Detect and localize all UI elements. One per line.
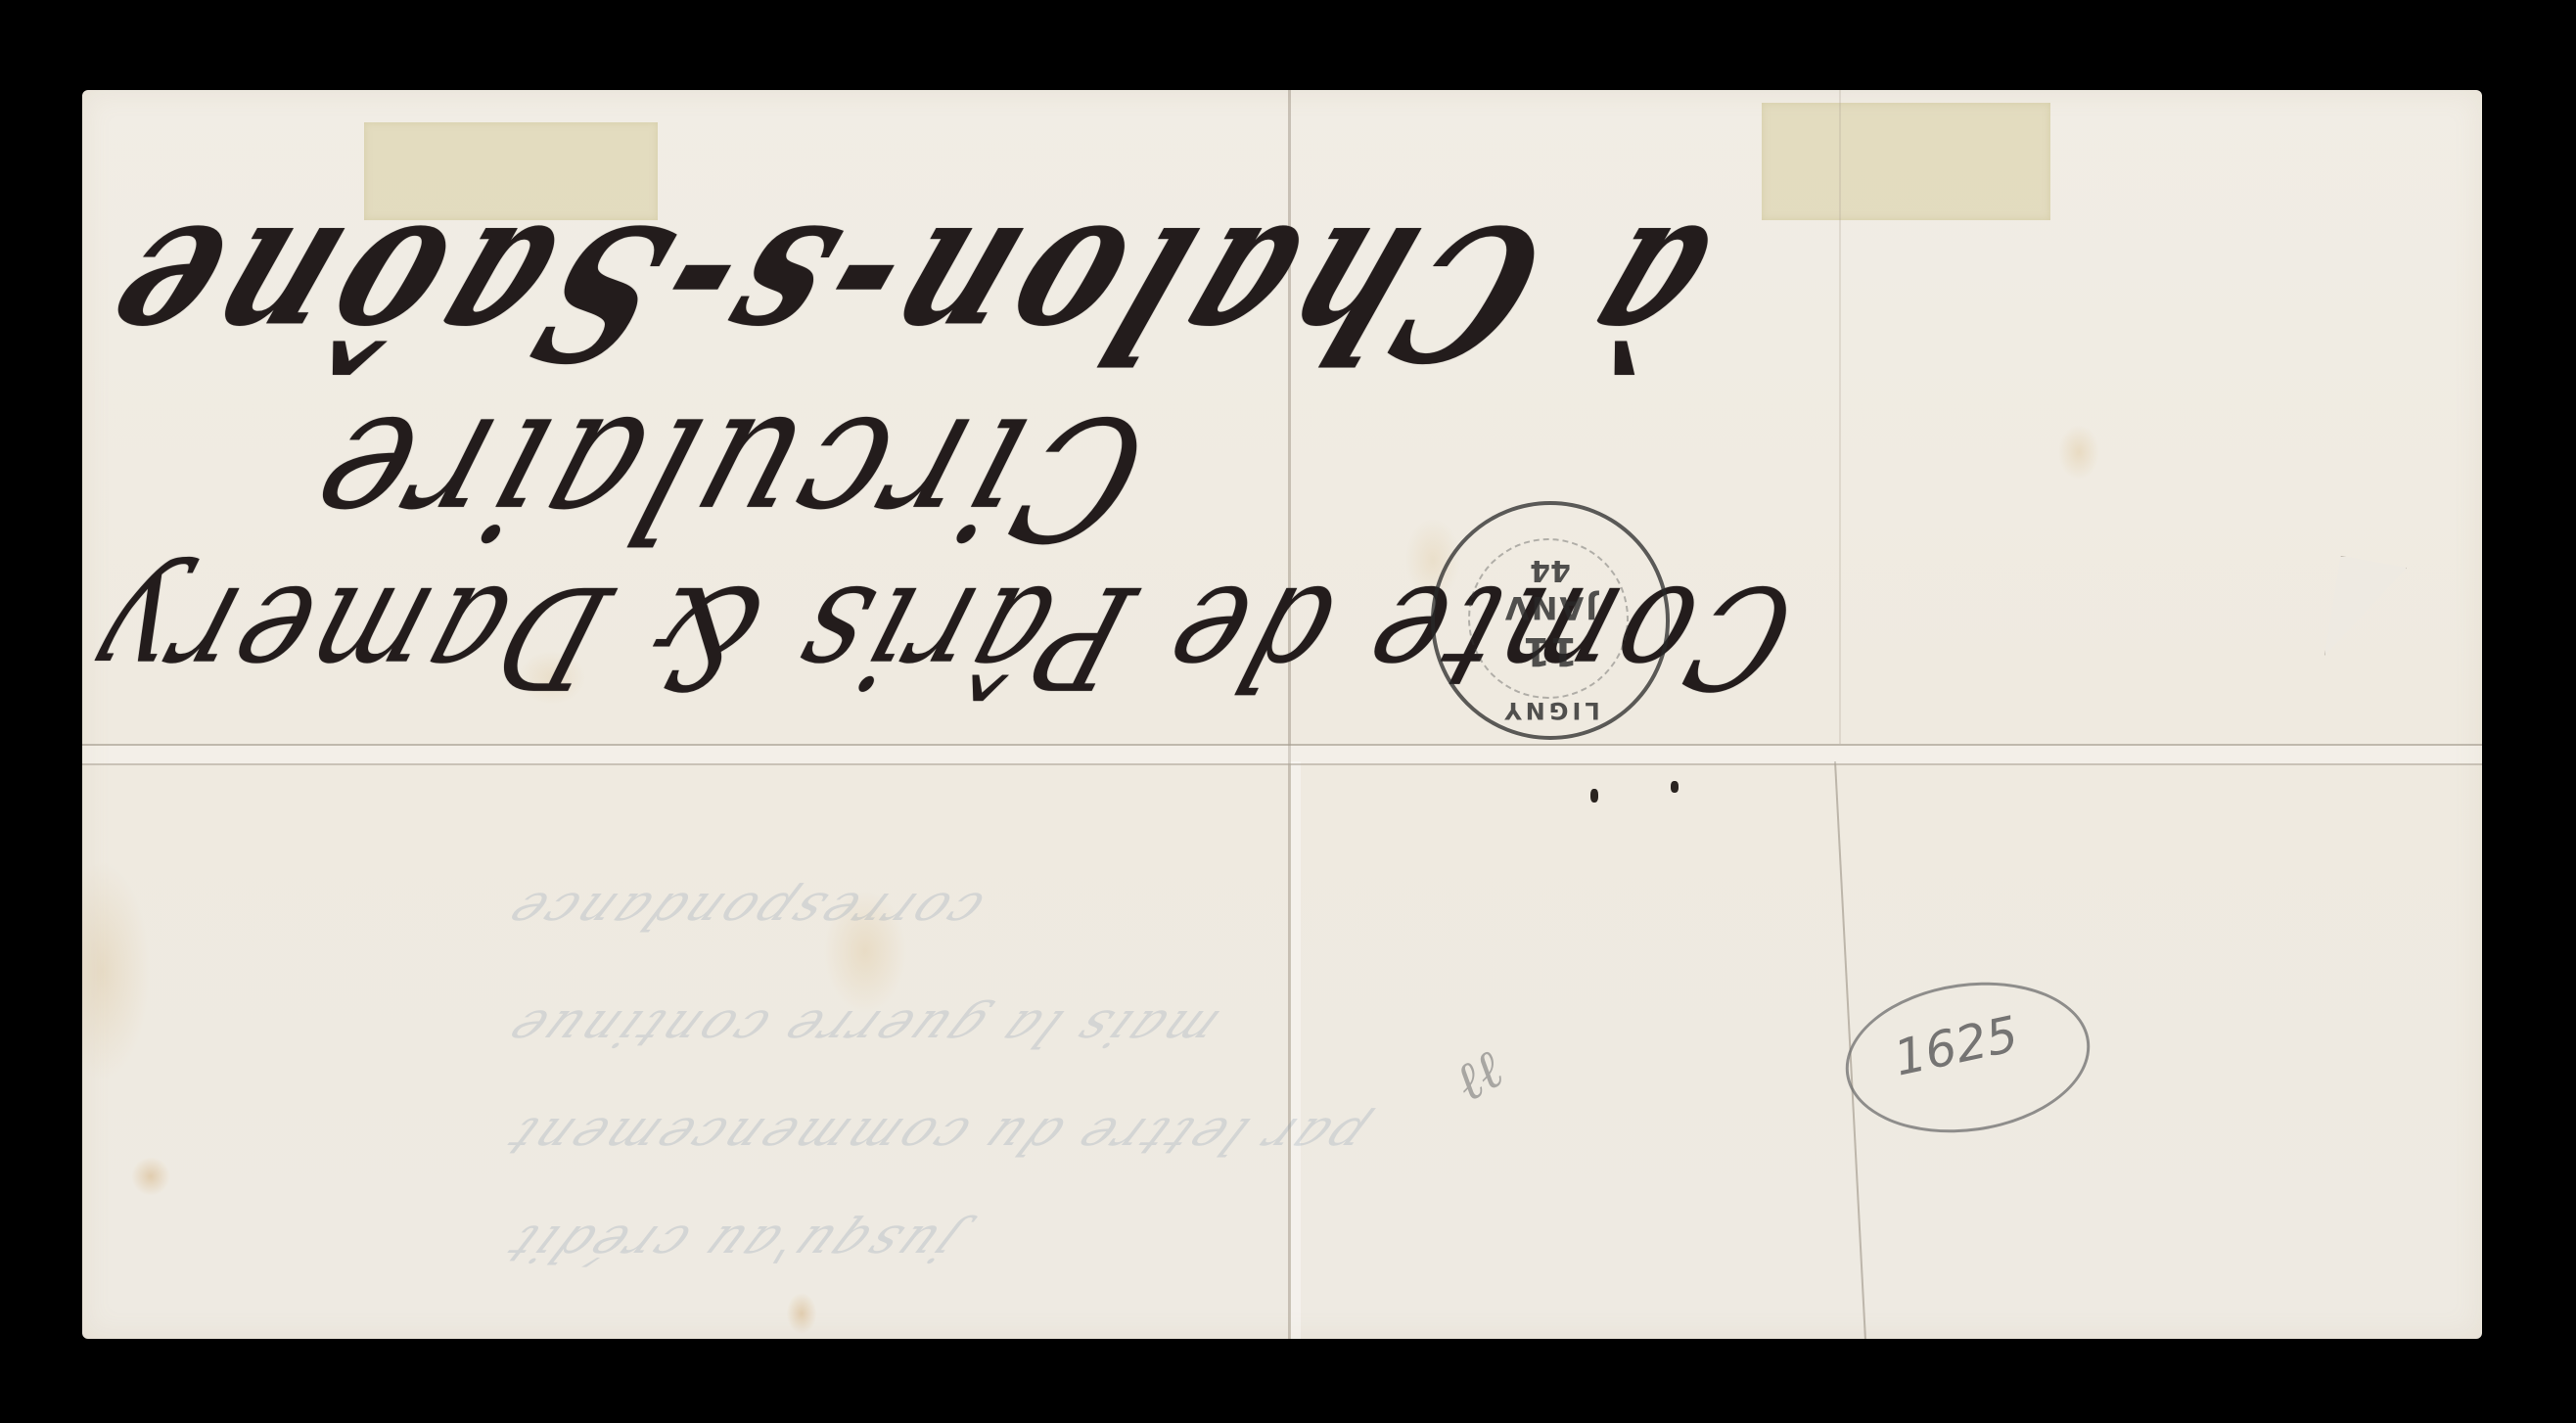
vertical-fold-crease <box>1290 761 1301 1339</box>
postmark-month: JANV <box>1435 589 1666 626</box>
horizontal-fold <box>82 744 2482 765</box>
tape-patch-right <box>1762 103 2050 220</box>
address-line-circulaire: Circulaire <box>281 379 1168 574</box>
postmark-day: 11 <box>1435 628 1666 673</box>
show-through-text-line: mais la guerre continue <box>492 998 1231 1057</box>
address-line-destination: à Chalon-s-Saône <box>65 184 1737 399</box>
show-through-text-line: correspondance <box>492 881 995 940</box>
postmark-year: 44 <box>1435 553 1666 587</box>
show-through-text-line: par lettre du commencement <box>492 1106 1380 1165</box>
postmark-town: LIGNY <box>1435 697 1666 724</box>
postmark-stamp: LIGNY 11 JANV 44 <box>1431 501 1670 740</box>
ink-dot <box>1671 781 1679 793</box>
ink-dot <box>1590 789 1598 803</box>
show-through-text-line: jusqu'au crédit <box>492 1214 971 1272</box>
vertical-fold-right-upper <box>1839 90 1841 744</box>
